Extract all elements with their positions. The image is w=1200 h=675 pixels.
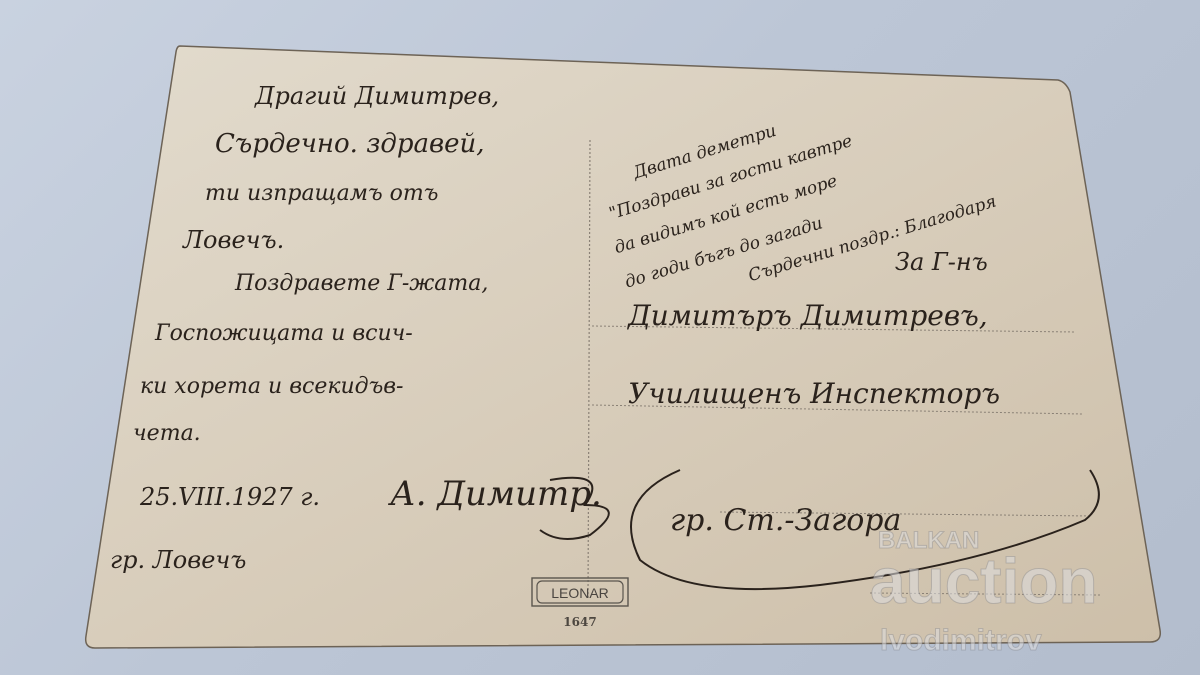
message-line: Драгий Димитрев, <box>254 82 499 110</box>
signature: А. Димитр. <box>388 474 602 514</box>
date: 25.VIII.1927 г. <box>139 483 320 511</box>
message-line: Ловечъ. <box>182 226 284 254</box>
message-line: Госпожицата и всич- <box>154 321 413 346</box>
watermark-line3: lvodimitrov <box>880 624 1042 657</box>
message-line: ти изпращамъ отъ <box>205 181 438 206</box>
message-line: Сърдечно. здравей, <box>215 129 485 159</box>
message-line: Поздравете Г-жата, <box>234 271 488 296</box>
recipient-title: Училищенъ Инспекторъ <box>628 377 1000 410</box>
postcard: Драгий Димитрев, Сърдечно. здравей, ти и… <box>0 0 1200 675</box>
recipient-name: Димитъръ Димитревъ, <box>626 299 988 332</box>
recipient-city: гр. Ст.-Загора <box>670 503 901 538</box>
place: гр. Ловечъ <box>110 546 246 574</box>
card-number: 1647 <box>563 615 596 629</box>
message-line: ки хорета и всекидъв- <box>140 374 403 399</box>
postcard-photo: Драгий Димитрев, Сърдечно. здравей, ти и… <box>0 0 1200 675</box>
stamp-label: LEONAR <box>551 585 609 601</box>
watermark-line2: auction <box>870 545 1098 617</box>
address-prefix: За Г-нъ <box>895 248 988 276</box>
message-line: чета. <box>133 421 201 446</box>
